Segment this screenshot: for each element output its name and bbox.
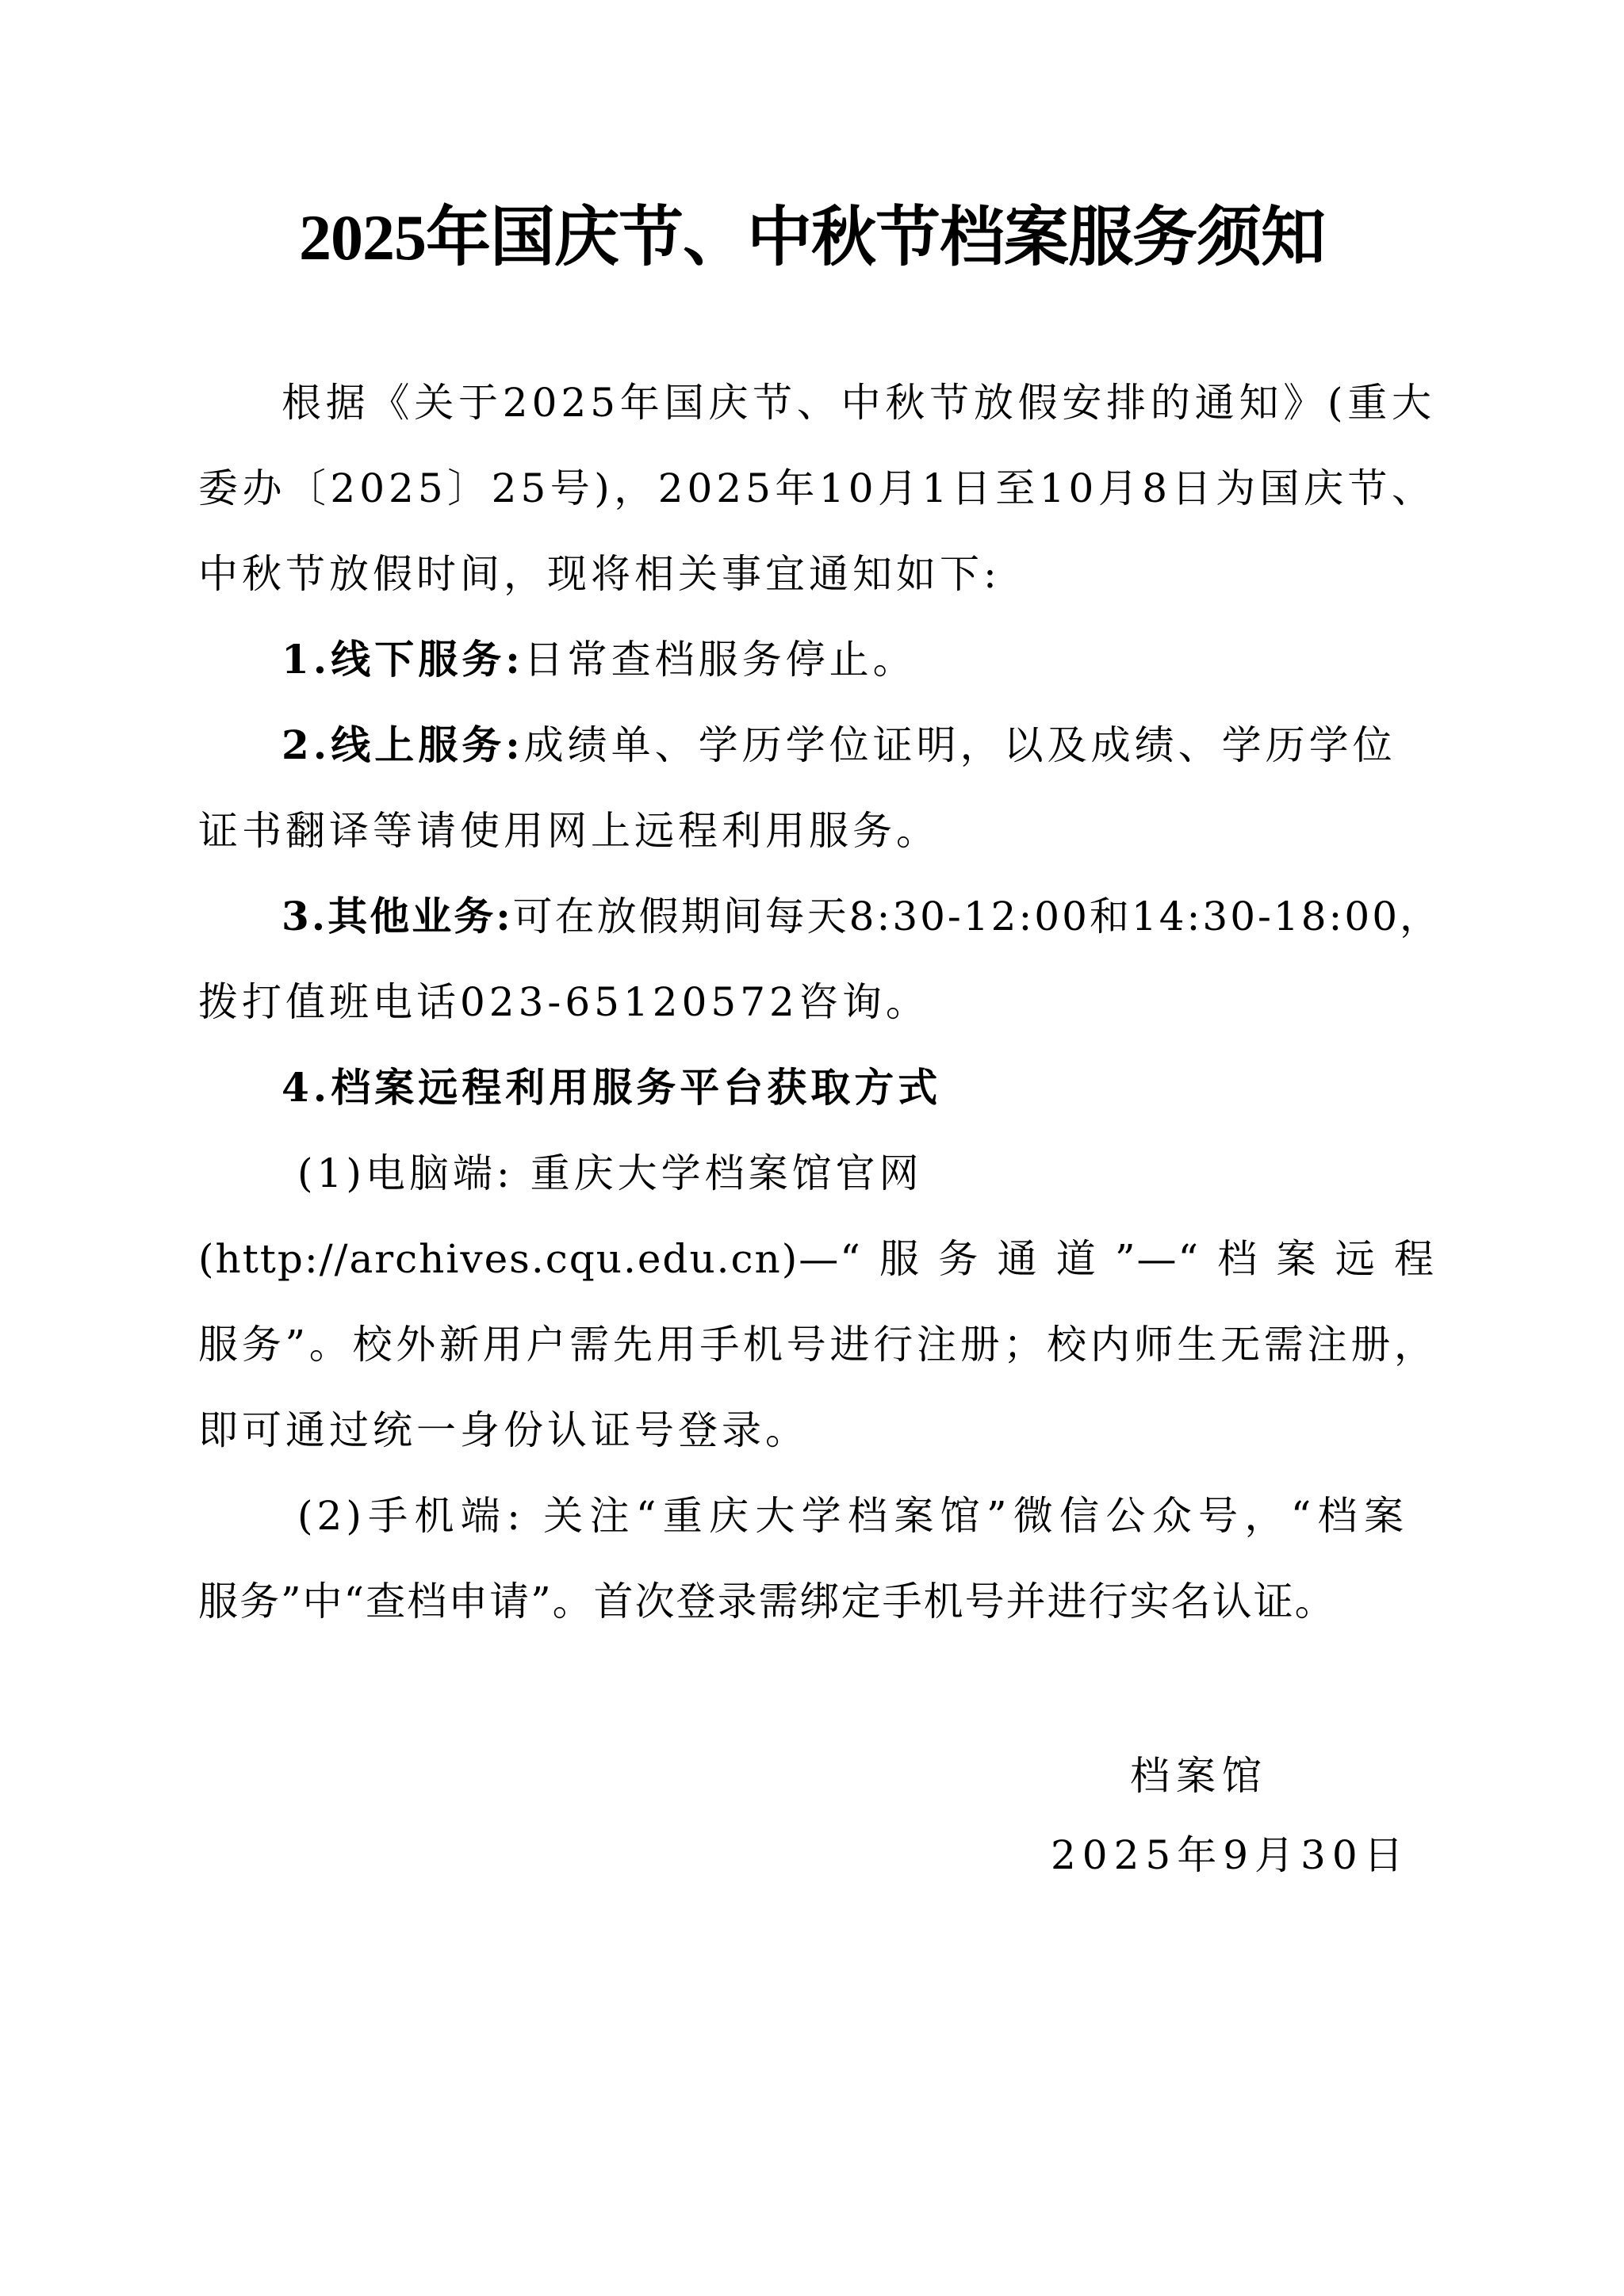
item-heading: 2.线上服务: <box>282 721 524 768</box>
intro-line: 中秋节放假时间，现将相关事宜通知如下: <box>198 550 1435 598</box>
signature-date: 2025年9月30日 <box>1051 1831 1410 1879</box>
signature-org: 档案馆 <box>1130 1752 1268 1800</box>
sub-item-text: 即可通过统一身份认证号登录。 <box>198 1406 1435 1454</box>
website-url-text: (http://archives.cqu.edu.cn)—“服务通道”—“档案远… <box>198 1235 1435 1283</box>
item-heading: 1.线下服务: <box>282 636 524 683</box>
item-text: 日常查档服务停止。 <box>524 637 917 683</box>
item-text: 证书翻译等请使用网上远程利用服务。 <box>198 807 1435 855</box>
sub-item-text: 服务”中“查档申请”。首次登录需绑定手机号并进行实名认证。 <box>198 1578 1435 1625</box>
sub-item-text: 服务”。校外新用户需先用手机号进行注册；校内师生无需注册， <box>198 1321 1435 1368</box>
intro-line: 根据《关于2025年国庆节、中秋节放假安排的通知》(重大 <box>282 379 1435 427</box>
item-heading: 3.其他业务: <box>282 893 513 939</box>
sub-item-text: (1)电脑端: 重庆大学档案馆官网 <box>297 1150 1534 1197</box>
item-text: 拨打值班电话023-65120572咨询。 <box>198 978 1435 1026</box>
intro-line: 委办〔2025〕25号)，2025年10月1日至10月8日为国庆节、 <box>198 465 1435 512</box>
document-title: 2025年国庆节、中秋节档案服务须知 <box>0 198 1624 277</box>
item-text: 可在放假期间每天8:30-12:00和14:30-18:00， <box>513 894 1442 939</box>
item-text: 成绩单、学历学位证明，以及成绩、学历学位 <box>524 722 1396 768</box>
sub-item-text: (2)手机端: 关注“重庆大学档案馆”微信公众号，“档案 <box>297 1492 1408 1540</box>
item-heading: 4.档案远程利用服务平台获取方式 <box>282 1064 1519 1112</box>
